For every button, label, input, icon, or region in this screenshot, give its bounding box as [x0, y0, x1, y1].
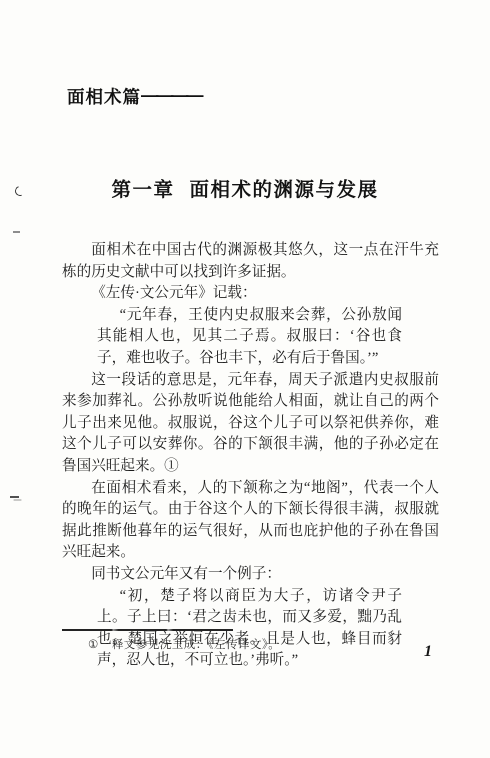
chapter-title: 第一章面相术的渊源与发展 — [0, 174, 490, 202]
scanned-book-page: 面相术篇———— 第一章面相术的渊源与发展 面相术在中国古代的渊源极其悠久，这一… — [0, 0, 490, 758]
quote-block: “元年春，王使内史叔服来会葬，公孙敖闻其能相人也，见其二子焉。叔服曰：‘谷也食子… — [97, 305, 402, 370]
footnote-divider — [62, 629, 233, 631]
paragraph: 面相术在中国古代的渊源极其悠久，这一点在汗牛充栋的历史文献中可以找到许多证据。 — [62, 240, 439, 283]
section-header: 面相术篇———— — [67, 84, 201, 109]
scan-artifact-dash — [10, 496, 19, 498]
footnote: ①释文参见沈玉成：《左传译文》。 — [88, 636, 280, 652]
chapter-name: 面相术的渊源与发展 — [190, 180, 379, 201]
body-text: 面相术在中国古代的渊源极其悠久，这一点在汗牛充栋的历史文献中可以找到许多证据。 … — [62, 240, 439, 672]
paragraph: 《左传·文公元年》记载： — [62, 283, 439, 305]
chapter-number: 第一章 — [111, 180, 174, 201]
footnote-text: 释文参见沈玉成：《左传译文》。 — [112, 639, 281, 651]
page-number: 1 — [424, 643, 432, 661]
paragraph: 同书文公元年又有一个例子： — [62, 564, 439, 586]
scan-artifact-dash — [13, 231, 20, 233]
section-header-text: 面相术篇 — [67, 87, 141, 107]
footnote-marker: ① — [88, 639, 99, 651]
section-header-dash: ———— — [141, 85, 201, 105]
paragraph: 这一段话的意思是，元年春，周天子派遣内史叔服前来参加葬礼。公孙敖听说他能给人相面… — [62, 370, 439, 478]
paragraph: 在面相术看来，人的下颔称之为“地阁”，代表一个人的晚年的运气。由于谷这个人的下颔… — [62, 478, 439, 564]
